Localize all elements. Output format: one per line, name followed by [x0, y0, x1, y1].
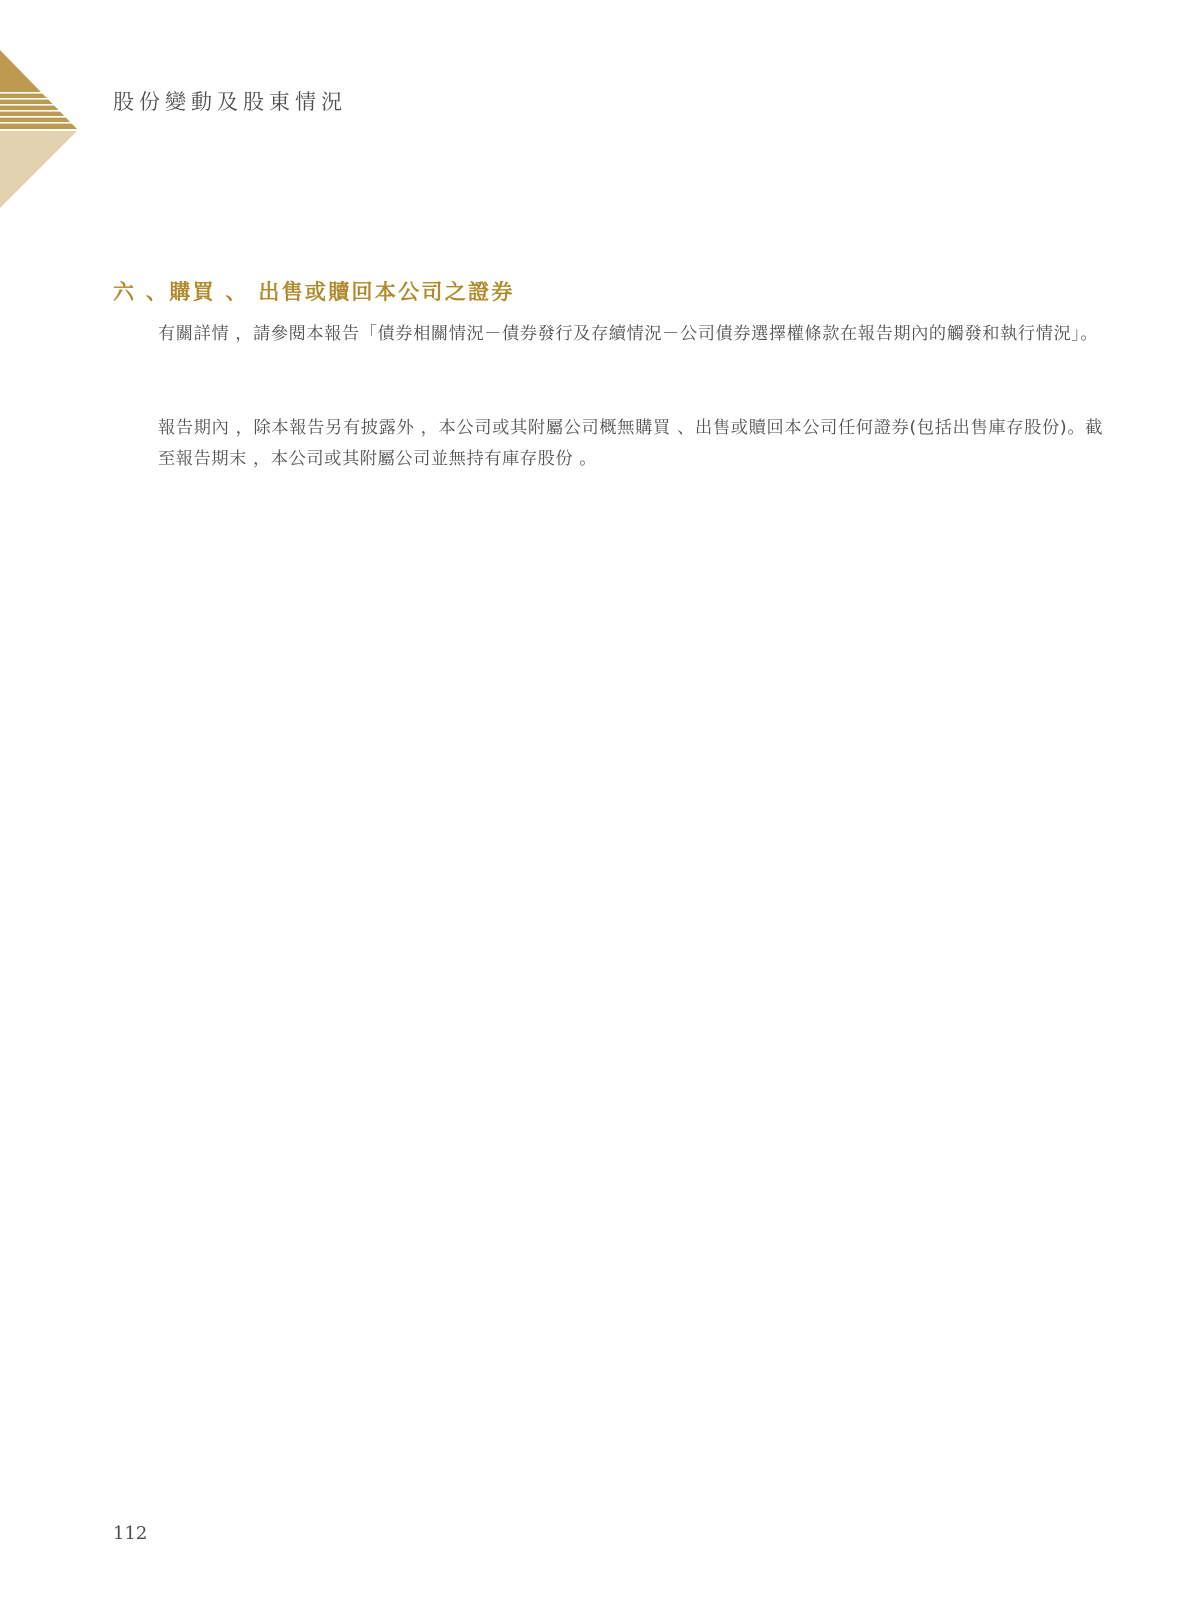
section-title: 六 、購買 、 出售或贖回本公司之證券 — [113, 276, 515, 306]
page-number: 112 — [113, 1523, 147, 1544]
paragraph-securities-statement: 報告期內 ，除本報告另有披露外 ，本公司或其附屬公司概無購買 、出售或贖回本公司… — [158, 413, 1103, 475]
corner-triangle-decoration — [0, 50, 80, 210]
paragraph-details-reference: 有關詳情 ，請參閱本報告「債券相關情況－債券發行及存續情況－公司債券選擇權條款在… — [158, 319, 1103, 350]
running-header-title: 股份變動及股東情況 — [113, 86, 347, 116]
